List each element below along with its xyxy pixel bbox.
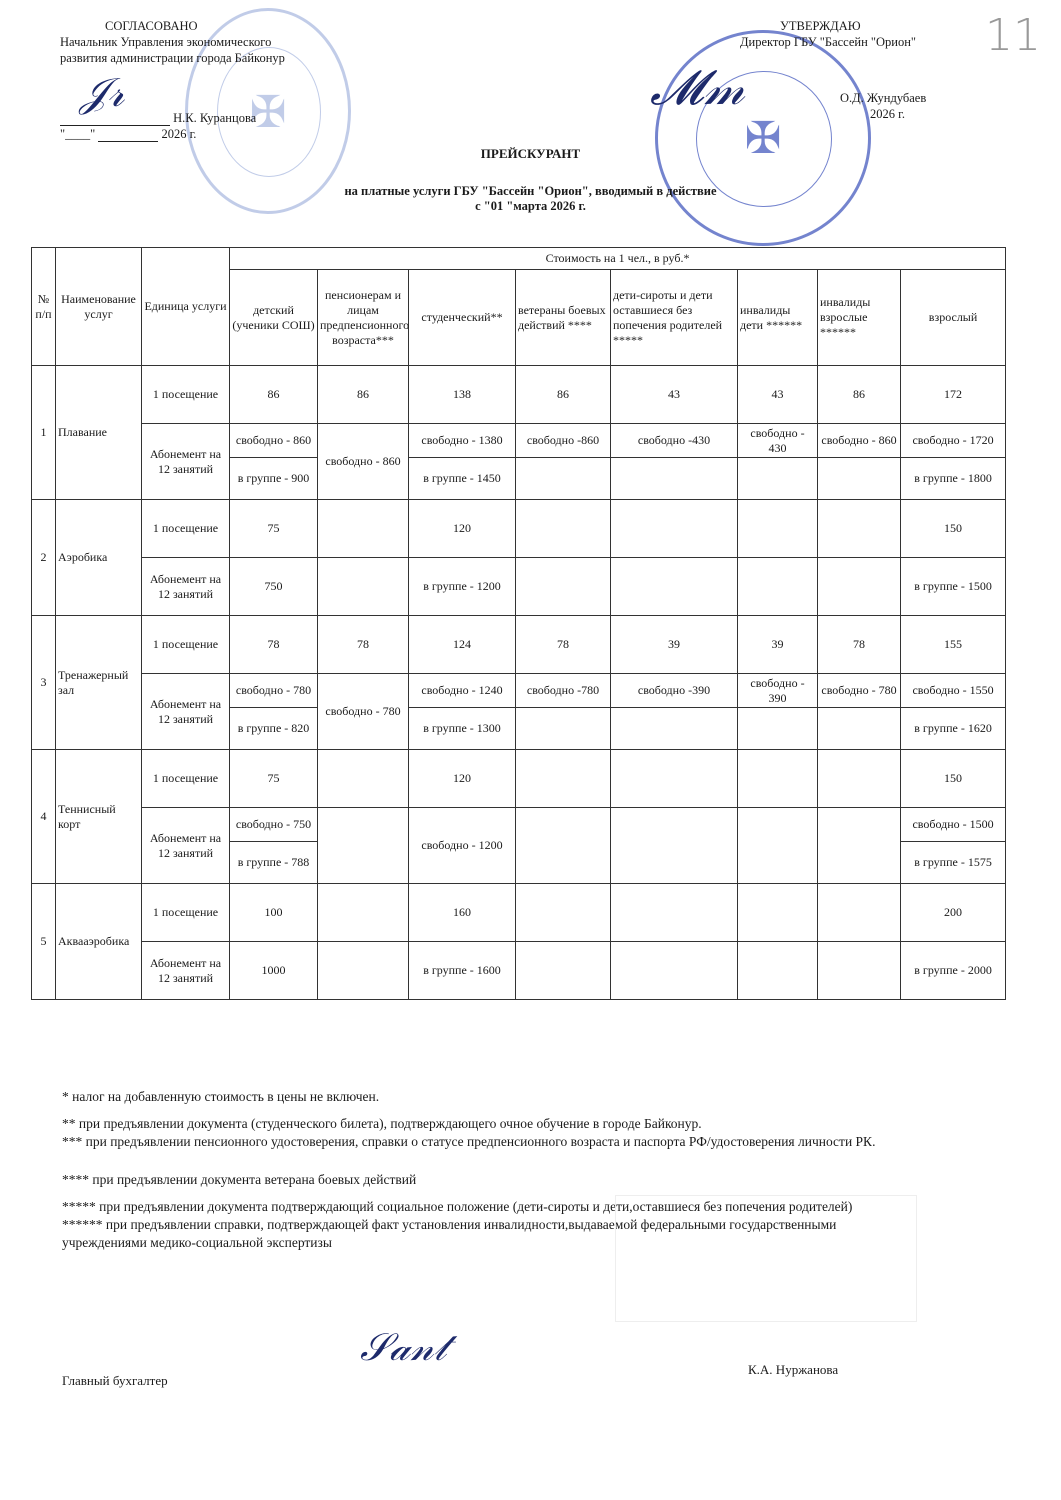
signature-left: 𝒥𝓇	[80, 70, 124, 116]
price-table: № п/п Наименование услуг Единица услуги …	[31, 247, 1006, 1000]
price-cell	[738, 458, 818, 500]
page-number: 11	[985, 10, 1041, 61]
price-cell: 150	[901, 500, 1006, 558]
unit-subscription: Абонемент на 12 занятий	[142, 424, 230, 500]
price-cell	[738, 750, 818, 808]
price-cell: свободно - 430	[738, 424, 818, 458]
table-row: 2Аэробика1 посещение75120150	[32, 500, 1006, 558]
price-cell	[318, 884, 409, 942]
price-cell	[516, 808, 611, 884]
header-col-4: дети-сироты и дети оставшиеся без попече…	[611, 270, 738, 366]
price-cell: свободно -430	[611, 424, 738, 458]
price-cell: в группе - 820	[230, 708, 318, 750]
price-cell	[611, 500, 738, 558]
header-col-2: студенческий**	[409, 270, 516, 366]
price-cell: 172	[901, 366, 1006, 424]
header-cost-group: Стоимость на 1 чел., в руб.*	[230, 248, 1006, 270]
header-col-6: инвалиды взрослые ******	[818, 270, 901, 366]
price-cell	[611, 750, 738, 808]
unit-subscription: Абонемент на 12 занятий	[142, 674, 230, 750]
price-cell	[516, 458, 611, 500]
header-col-3: ветераны боевых действий ****	[516, 270, 611, 366]
price-cell: 120	[409, 750, 516, 808]
header-num: № п/п	[32, 248, 56, 366]
service-num: 4	[32, 750, 56, 884]
price-cell: свободно - 750	[230, 808, 318, 842]
price-cell	[516, 750, 611, 808]
approval-position-right: Директор ГБУ "Бассейн "Орион"	[720, 34, 960, 50]
price-cell: в группе - 1600	[409, 942, 516, 1000]
price-cell	[818, 942, 901, 1000]
faint-stamp-mark	[615, 1195, 917, 1322]
price-cell	[818, 884, 901, 942]
price-cell: в группе - 1800	[901, 458, 1006, 500]
approval-block-right: УТВЕРЖДАЮ Директор ГБУ "Бассейн "Орион" …	[720, 18, 960, 122]
approval-position-left-2: развития администрации города Байконур	[60, 50, 360, 66]
header-col-7: взрослый	[901, 270, 1006, 366]
price-cell	[738, 558, 818, 616]
price-cell: 78	[230, 616, 318, 674]
table-row: Абонемент на 12 занятийсвободно - 750сво…	[32, 808, 1006, 842]
price-cell: в группе - 2000	[901, 942, 1006, 1000]
table-row: Абонемент на 12 занятий750в группе - 120…	[32, 558, 1006, 616]
price-cell: 86	[516, 366, 611, 424]
service-name: Теннисный корт	[56, 750, 142, 884]
price-cell	[818, 708, 901, 750]
price-cell	[611, 808, 738, 884]
service-name: Аквааэробика	[56, 884, 142, 1000]
price-cell: свободно - 780	[230, 674, 318, 708]
price-cell: в группе - 1575	[901, 842, 1006, 884]
price-cell	[611, 708, 738, 750]
price-cell	[318, 808, 409, 884]
document-title: ПРЕЙСКУРАНТ	[0, 146, 1061, 162]
price-cell: свободно - 860	[818, 424, 901, 458]
price-cell: свободно - 860	[230, 424, 318, 458]
table-row: 4Теннисный корт1 посещение75120150	[32, 750, 1006, 808]
footer-name: К.А. Нуржанова	[748, 1362, 838, 1378]
price-cell	[818, 808, 901, 884]
price-cell: 86	[230, 366, 318, 424]
service-num: 3	[32, 616, 56, 750]
approval-name-left: Н.К. Куранцова	[173, 111, 256, 125]
price-cell: свободно - 1240	[409, 674, 516, 708]
table-row: 5Аквааэробика1 посещение100160200	[32, 884, 1006, 942]
unit-visit: 1 посещение	[142, 500, 230, 558]
price-cell: 150	[901, 750, 1006, 808]
price-cell	[516, 708, 611, 750]
price-cell	[738, 708, 818, 750]
service-name: Аэробика	[56, 500, 142, 616]
price-cell: 75	[230, 750, 318, 808]
price-cell: 43	[611, 366, 738, 424]
service-name: Плавание	[56, 366, 142, 500]
subtitle-line-1: на платные услуги ГБУ "Бассейн "Орион", …	[0, 184, 1061, 199]
price-cell: свободно - 1200	[409, 808, 516, 884]
price-cell: 1000	[230, 942, 318, 1000]
document-subtitle: на платные услуги ГБУ "Бассейн "Орион", …	[0, 184, 1061, 214]
header-unit: Единица услуги	[142, 248, 230, 366]
price-cell	[818, 558, 901, 616]
price-cell	[611, 558, 738, 616]
service-num: 2	[32, 500, 56, 616]
subtitle-line-2: с "01 "марта 2026 г.	[0, 199, 1061, 214]
price-cell: 750	[230, 558, 318, 616]
price-cell: 39	[738, 616, 818, 674]
price-cell: свободно - 860	[318, 424, 409, 500]
price-cell: свободно -390	[611, 674, 738, 708]
unit-subscription: Абонемент на 12 занятий	[142, 942, 230, 1000]
approval-year-left: 2026 г.	[161, 127, 196, 141]
header-col-0: детский (ученики СОШ)	[230, 270, 318, 366]
price-cell: в группе - 1200	[409, 558, 516, 616]
price-cell: 200	[901, 884, 1006, 942]
price-cell: свободно - 780	[318, 674, 409, 750]
price-cell	[318, 558, 409, 616]
price-cell	[516, 884, 611, 942]
price-cell	[611, 942, 738, 1000]
price-cell: свободно - 1500	[901, 808, 1006, 842]
unit-visit: 1 посещение	[142, 750, 230, 808]
footer-role: Главный бухгалтер	[62, 1373, 168, 1389]
price-cell: 138	[409, 366, 516, 424]
price-cell: 86	[318, 366, 409, 424]
price-cell	[318, 942, 409, 1000]
footnote-1: * налог на добавленную стоимость в цены …	[62, 1088, 1022, 1106]
approval-year-right: 2026 г.	[720, 106, 960, 122]
price-cell: 75	[230, 500, 318, 558]
price-cell	[818, 750, 901, 808]
price-cell: в группе - 1620	[901, 708, 1006, 750]
price-cell	[516, 500, 611, 558]
table-row: Абонемент на 12 занятийсвободно - 860сво…	[32, 424, 1006, 458]
price-cell	[516, 558, 611, 616]
price-cell: свободно - 1720	[901, 424, 1006, 458]
price-cell	[318, 500, 409, 558]
price-cell	[318, 750, 409, 808]
price-cell: 86	[818, 366, 901, 424]
unit-visit: 1 посещение	[142, 366, 230, 424]
price-cell: свободно - 1550	[901, 674, 1006, 708]
price-cell	[611, 458, 738, 500]
price-cell	[818, 500, 901, 558]
price-cell: 78	[516, 616, 611, 674]
price-cell: в группе - 1300	[409, 708, 516, 750]
header-col-5: инвалиды дети ******	[738, 270, 818, 366]
table-row: Абонемент на 12 занятийсвободно - 780сво…	[32, 674, 1006, 708]
price-cell: 100	[230, 884, 318, 942]
price-cell: в группе - 1450	[409, 458, 516, 500]
price-cell: свободно - 780	[818, 674, 901, 708]
price-cell: в группе - 900	[230, 458, 318, 500]
approval-position-left-1: Начальник Управления экономического	[60, 34, 360, 50]
price-cell: свободно -860	[516, 424, 611, 458]
price-cell: 155	[901, 616, 1006, 674]
unit-visit: 1 посещение	[142, 616, 230, 674]
service-name: Тренажерный зал	[56, 616, 142, 750]
service-num: 5	[32, 884, 56, 1000]
unit-subscription: Абонемент на 12 занятий	[142, 808, 230, 884]
price-cell	[611, 884, 738, 942]
header-col-1: пенсионерам и лицам предпенсионного возр…	[318, 270, 409, 366]
approval-heading-left: СОГЛАСОВАНО	[60, 18, 360, 34]
footnote-2: ** при предъявлении документа (студенчес…	[62, 1115, 1022, 1133]
signature-right: 𝓜𝓂	[650, 60, 745, 117]
price-cell: 39	[611, 616, 738, 674]
service-num: 1	[32, 366, 56, 500]
price-cell	[738, 942, 818, 1000]
price-cell: 78	[318, 616, 409, 674]
approval-name-right: О.Д. Жундубаев	[720, 90, 960, 106]
price-cell: 124	[409, 616, 516, 674]
unit-visit: 1 посещение	[142, 884, 230, 942]
price-cell	[738, 884, 818, 942]
footnote-3: *** при предъявлении пенсионного удостов…	[62, 1133, 1022, 1151]
price-cell: 120	[409, 500, 516, 558]
price-cell: 160	[409, 884, 516, 942]
signature-accountant: 𝒮𝒶𝓃𝓉	[360, 1325, 447, 1370]
price-cell	[738, 808, 818, 884]
price-cell: в группе - 1500	[901, 558, 1006, 616]
table-row: Абонемент на 12 занятий1000в группе - 16…	[32, 942, 1006, 1000]
price-cell	[818, 458, 901, 500]
price-cell: свободно - 1380	[409, 424, 516, 458]
price-cell: свободно - 390	[738, 674, 818, 708]
unit-subscription: Абонемент на 12 занятий	[142, 558, 230, 616]
footnote-4: **** при предъявлении документа ветерана…	[62, 1171, 1022, 1189]
table-row: 3Тренажерный зал1 посещение7878124783939…	[32, 616, 1006, 674]
price-cell: свободно -780	[516, 674, 611, 708]
table-row: 1Плавание1 посещение868613886434386172	[32, 366, 1006, 424]
approval-date-prefix-left: "____"	[60, 127, 95, 141]
price-cell: 78	[818, 616, 901, 674]
price-cell	[516, 942, 611, 1000]
header-service: Наименование услуг	[56, 248, 142, 366]
price-cell	[738, 500, 818, 558]
price-cell: в группе - 788	[230, 842, 318, 884]
approval-heading-right: УТВЕРЖДАЮ	[720, 18, 960, 34]
price-cell: 43	[738, 366, 818, 424]
